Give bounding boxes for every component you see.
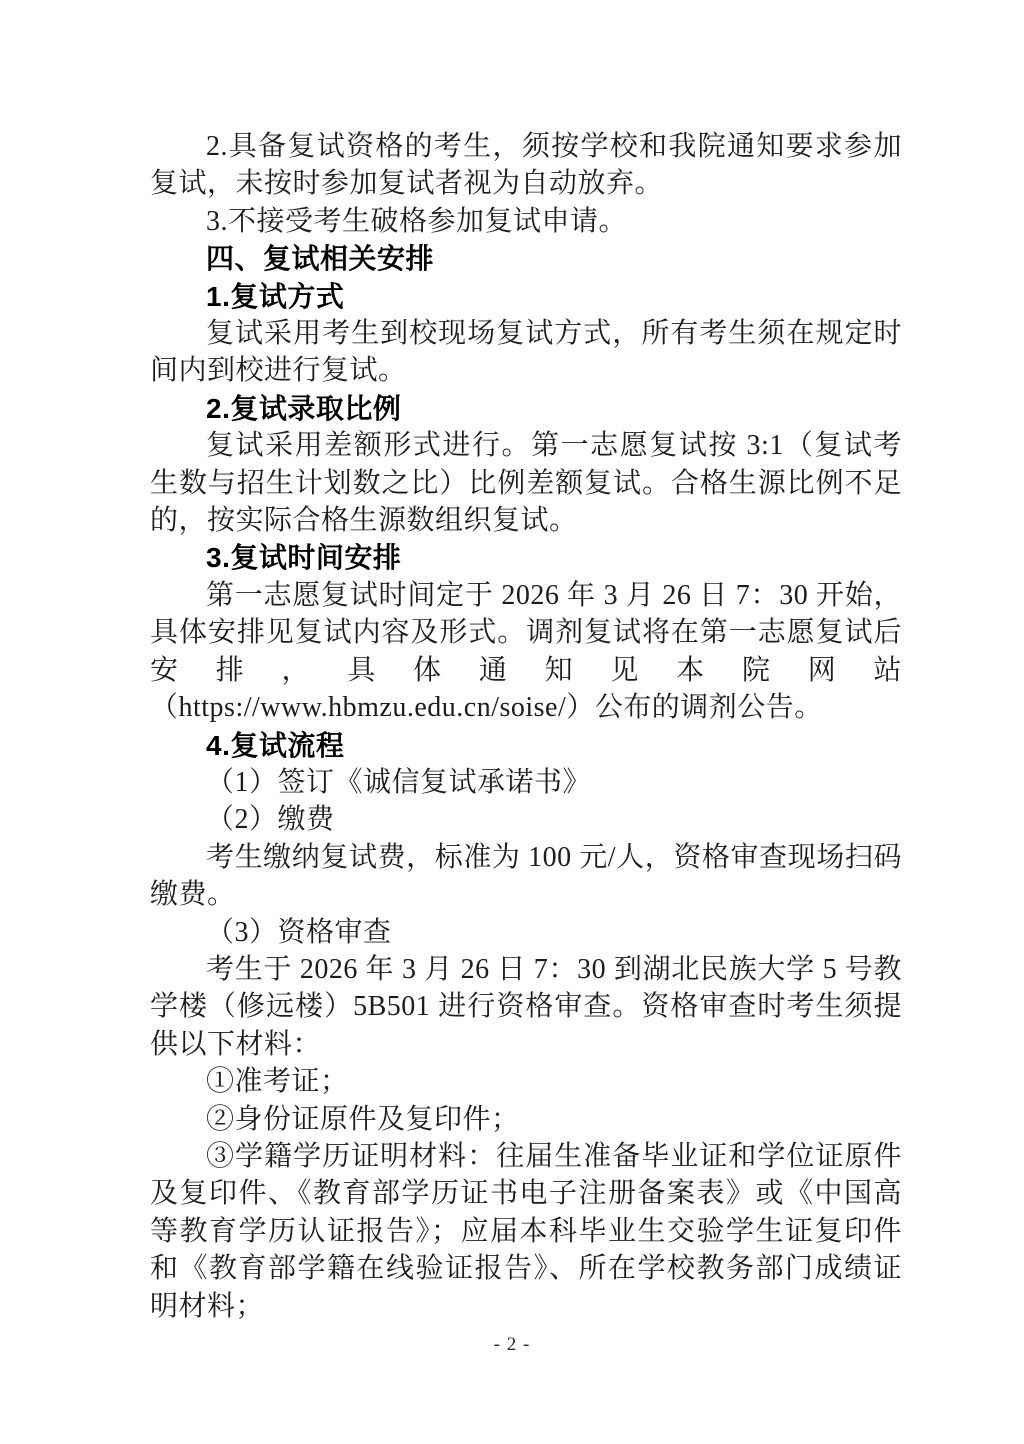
list-item: ②身份证原件及复印件； — [150, 1101, 902, 1138]
document-body: 2.具备复试资格的考生，须按学校和我院通知要求参加复试，未按时参加复试者视为自动… — [150, 128, 902, 1325]
sub-heading: 4.复试流程 — [150, 727, 902, 764]
sub-heading: 3.复试时间安排 — [150, 539, 902, 576]
list-item: （2）缴费 — [150, 801, 902, 838]
page-number: - 2 - — [0, 1334, 1024, 1356]
paragraph: 第一志愿复试时间定于 2026 年 3 月 26 日 7：30 开始，具体安排见… — [150, 577, 902, 727]
paragraph: 考生于 2026 年 3 月 26 日 7：30 到湖北民族大学 5 号教学楼（… — [150, 951, 902, 1063]
list-item: （3）资格审查 — [150, 914, 902, 951]
sub-heading: 2.复试录取比例 — [150, 390, 902, 427]
list-item: （1）签订《诚信复试承诺书》 — [150, 764, 902, 801]
paragraph: 3.不接受考生破格参加复试申请。 — [150, 203, 902, 240]
sub-heading: 1.复试方式 — [150, 278, 902, 315]
document-page: 2.具备复试资格的考生，须按学校和我院通知要求参加复试，未按时参加复试者视为自动… — [0, 0, 1024, 1444]
paragraph: 复试采用考生到校现场复试方式，所有考生须在规定时间内到校进行复试。 — [150, 315, 902, 390]
list-item: ①准考证； — [150, 1063, 902, 1100]
paragraph: 考生缴纳复试费，标准为 100 元/人，资格审查现场扫码缴费。 — [150, 839, 902, 914]
paragraph: 复试采用差额形式进行。第一志愿复试按 3:1（复试考生数与招生计划数之比）比例差… — [150, 427, 902, 539]
list-item: ③学籍学历证明材料：往届生准备毕业证和学位证原件及复印件、《教育部学历证书电子注… — [150, 1138, 902, 1325]
paragraph: 2.具备复试资格的考生，须按学校和我院通知要求参加复试，未按时参加复试者视为自动… — [150, 128, 902, 203]
section-heading: 四、复试相关安排 — [150, 240, 902, 277]
